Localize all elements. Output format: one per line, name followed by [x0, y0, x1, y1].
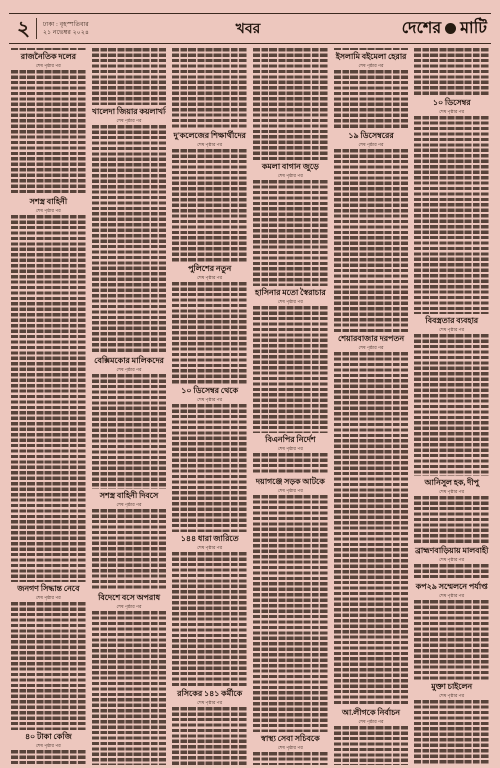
continued-from-label: শেষ পৃষ্ঠার পর: [414, 557, 489, 564]
body-text-block: [414, 564, 489, 580]
body-text-block: [172, 48, 247, 129]
continued-from-label: শেষ পৃষ্ঠার পর: [92, 604, 167, 611]
continued-from-label: শেষ পৃষ্ঠার পর: [253, 446, 328, 453]
body-text-block: [414, 496, 489, 544]
dateline: ঢাকা : বৃহস্পতিবার ২১ নভেম্বর ২০২৪: [43, 21, 89, 37]
body-text-block: [92, 611, 167, 765]
continued-from-label: শেষ পৃষ্ঠার পর: [253, 173, 328, 180]
continued-from-label: শেষ পৃষ্ঠার পর: [253, 299, 328, 306]
continued-from-label: শেষ পৃষ্ঠার পর: [92, 118, 167, 125]
masthead-word-2: মাটি: [460, 15, 487, 42]
article-headline: দয়াগঞ্জে সড়ক আটকে: [253, 475, 328, 488]
article-headline: কপ২৯ সম্মেলনে পর্যাপ্ত: [414, 580, 489, 593]
article-headline: রাজনৈতিক দলের: [11, 50, 86, 63]
article-headline: দু'কলেজের শিক্ষার্থীদের: [172, 129, 247, 142]
news-column-2: খালেদা জিয়ার কয়লাখনিশেষ পৃষ্ঠার পরবেক্…: [92, 48, 167, 765]
continued-from-label: শেষ পৃষ্ঠার পর: [172, 142, 247, 149]
body-text-block: [334, 70, 409, 129]
article-headline: বিদেশে বসে অপরাধ: [92, 591, 167, 604]
article-headline: ১৪৪ ধারা জারিতে: [172, 532, 247, 545]
article-headline: খালেদা জিয়ার কয়লাখনি: [92, 105, 167, 118]
body-text-block: [334, 352, 409, 706]
article-columns: রাজনৈতিক দলেরশেষ পৃষ্ঠার পরসশস্ত্র বাহিন…: [11, 48, 489, 765]
continued-from-label: শেষ পৃষ্ঠার পর: [414, 109, 489, 116]
dateline-date: ২১ নভেম্বর ২০২৪: [43, 30, 89, 36]
article-headline: শেয়ারবাজার দরপতন: [334, 332, 409, 345]
body-text-block: [334, 726, 409, 765]
news-column-6: ১০ ডিসেম্বরশেষ পৃষ্ঠার পরবিবস্ত্রতার ব্য…: [414, 48, 489, 765]
continued-from-label: শেষ পৃষ্ঠার পর: [334, 345, 409, 352]
page-number: ২: [9, 16, 30, 42]
news-column-5: ইসলামি বইমেলা হেরারশেষ পৃষ্ঠার পর১৯ ডিসে…: [334, 48, 409, 765]
article-headline: ৪০ টাকা কেজি: [11, 730, 86, 743]
article-headline: বিবস্ত্রতার ব্যবহার: [414, 314, 489, 327]
news-column-4: কমলা বাগান জুড়েশেষ পৃষ্ঠার পরহাসিনার মত…: [253, 48, 328, 765]
continued-from-label: শেষ পৃষ্ঠার পর: [253, 745, 328, 752]
article-headline: সশস্ত্র বাহিনী দিবসে: [92, 489, 167, 502]
continued-from-label: শেষ পৃষ্ঠার পর: [172, 275, 247, 282]
continued-from-label: শেষ পৃষ্ঠার পর: [414, 693, 489, 700]
continued-from-label: শেষ পৃষ্ঠার পর: [11, 208, 86, 215]
body-text-block: [92, 48, 167, 105]
body-text-block: [92, 125, 167, 354]
continued-from-label: শেষ পৃষ্ঠার পর: [172, 397, 247, 404]
article-headline: ব্রাহ্মণবাড়িয়ায় মালবাহী: [414, 544, 489, 557]
article-headline: সশস্ত্র বাহিনী: [11, 195, 86, 208]
body-text-block: [172, 282, 247, 384]
body-text-block: [11, 750, 86, 765]
body-text-block: [92, 509, 167, 591]
header-bottom-rule: [9, 43, 491, 44]
continued-from-label: শেষ পৃষ্ঠার পর: [334, 142, 409, 149]
article-headline: বিএনপির নির্দেশ: [253, 433, 328, 446]
body-text-block: [172, 707, 247, 765]
article-headline: জনগণ সিদ্ধান্ত নেবে: [11, 582, 86, 595]
article-headline: ১০ ডিসেম্বর থেকে: [172, 384, 247, 397]
article-headline: আনিসুল হক, দীপু: [414, 476, 489, 489]
continued-from-label: শেষ পৃষ্ঠার পর: [172, 700, 247, 707]
continued-from-label: শেষ পৃষ্ঠার পর: [92, 502, 167, 509]
continued-from-label: শেষ পৃষ্ঠার পর: [11, 743, 86, 750]
section-title: খবর: [179, 17, 317, 41]
body-text-block: [172, 404, 247, 532]
article-headline: আ.লীগকে নির্বাচন: [334, 706, 409, 719]
body-text-block: [172, 149, 247, 262]
body-text-block: [414, 334, 489, 476]
article-headline: কমলা বাগান জুড়ে: [253, 160, 328, 173]
header-divider: [36, 18, 37, 39]
continued-from-label: শেষ পৃষ্ঠার পর: [11, 595, 86, 602]
body-text-block: [11, 215, 86, 582]
article-headline: বেক্সিমকোর মালিকদের: [92, 354, 167, 367]
continued-from-label: শেষ পৃষ্ঠার পর: [414, 327, 489, 334]
newspaper-page: ২ ঢাকা : বৃহস্পতিবার ২১ নভেম্বর ২০২৪ খবর…: [0, 0, 500, 768]
body-text-block: [334, 149, 409, 332]
masthead: দেশের মাটি: [317, 15, 491, 42]
article-headline: ইসলামি বইমেলা হেরার: [334, 50, 409, 63]
body-text-block: [253, 180, 328, 286]
article-headline: স্বাস্থ্য সেবা সচিবকে: [253, 732, 328, 745]
continued-from-label: শেষ পৃষ্ঠার পর: [334, 63, 409, 70]
article-headline: হাসিনার মতো স্বৈরাচার: [253, 286, 328, 299]
continued-from-label: শেষ পৃষ্ঠার পর: [414, 593, 489, 600]
body-text-block: [253, 752, 328, 765]
body-text-block: [253, 306, 328, 433]
dateline-city-day: ঢাকা : বৃহস্পতিবার: [43, 22, 89, 28]
body-text-block: [253, 453, 328, 475]
body-text-block: [172, 552, 247, 687]
page-header: ২ ঢাকা : বৃহস্পতিবার ২১ নভেম্বর ২০২৪ খবর…: [9, 14, 491, 43]
continued-from-label: শেষ পৃষ্ঠার পর: [334, 719, 409, 726]
article-headline: মুক্তা চাইলেন: [414, 680, 489, 693]
continued-from-label: শেষ পৃষ্ঠার পর: [92, 367, 167, 374]
body-text-block: [11, 602, 86, 730]
body-text-block: [414, 116, 489, 314]
continued-from-label: শেষ পৃষ্ঠার পর: [11, 63, 86, 70]
article-headline: রসিকের ১৪১ কর্মীকে: [172, 687, 247, 700]
article-headline: পুলিশের নতুন: [172, 262, 247, 275]
masthead-word-1: দেশের: [402, 15, 442, 42]
body-text-block: [253, 495, 328, 732]
article-headline: ১০ ডিসেম্বর: [414, 96, 489, 109]
masthead-logo-dot-icon: [445, 23, 456, 34]
continued-from-label: শেষ পৃষ্ঠার পর: [172, 545, 247, 552]
article-headline: ১৯ ডিসেম্বরের: [334, 129, 409, 142]
body-text-block: [414, 700, 489, 765]
page-number-block: ২ ঢাকা : বৃহস্পতিবার ২১ নভেম্বর ২০২৪: [9, 16, 179, 42]
continued-from-label: শেষ পৃষ্ঠার পর: [414, 489, 489, 496]
news-column-1: রাজনৈতিক দলেরশেষ পৃষ্ঠার পরসশস্ত্র বাহিন…: [11, 48, 86, 765]
body-text-block: [414, 48, 489, 96]
continued-from-label: শেষ পৃষ্ঠার পর: [253, 488, 328, 495]
body-text-block: [414, 600, 489, 680]
body-text-block: [253, 48, 328, 160]
news-column-3: দু'কলেজের শিক্ষার্থীদেরশেষ পৃষ্ঠার পরপুল…: [172, 48, 247, 765]
body-text-block: [92, 374, 167, 489]
body-text-block: [11, 70, 86, 195]
